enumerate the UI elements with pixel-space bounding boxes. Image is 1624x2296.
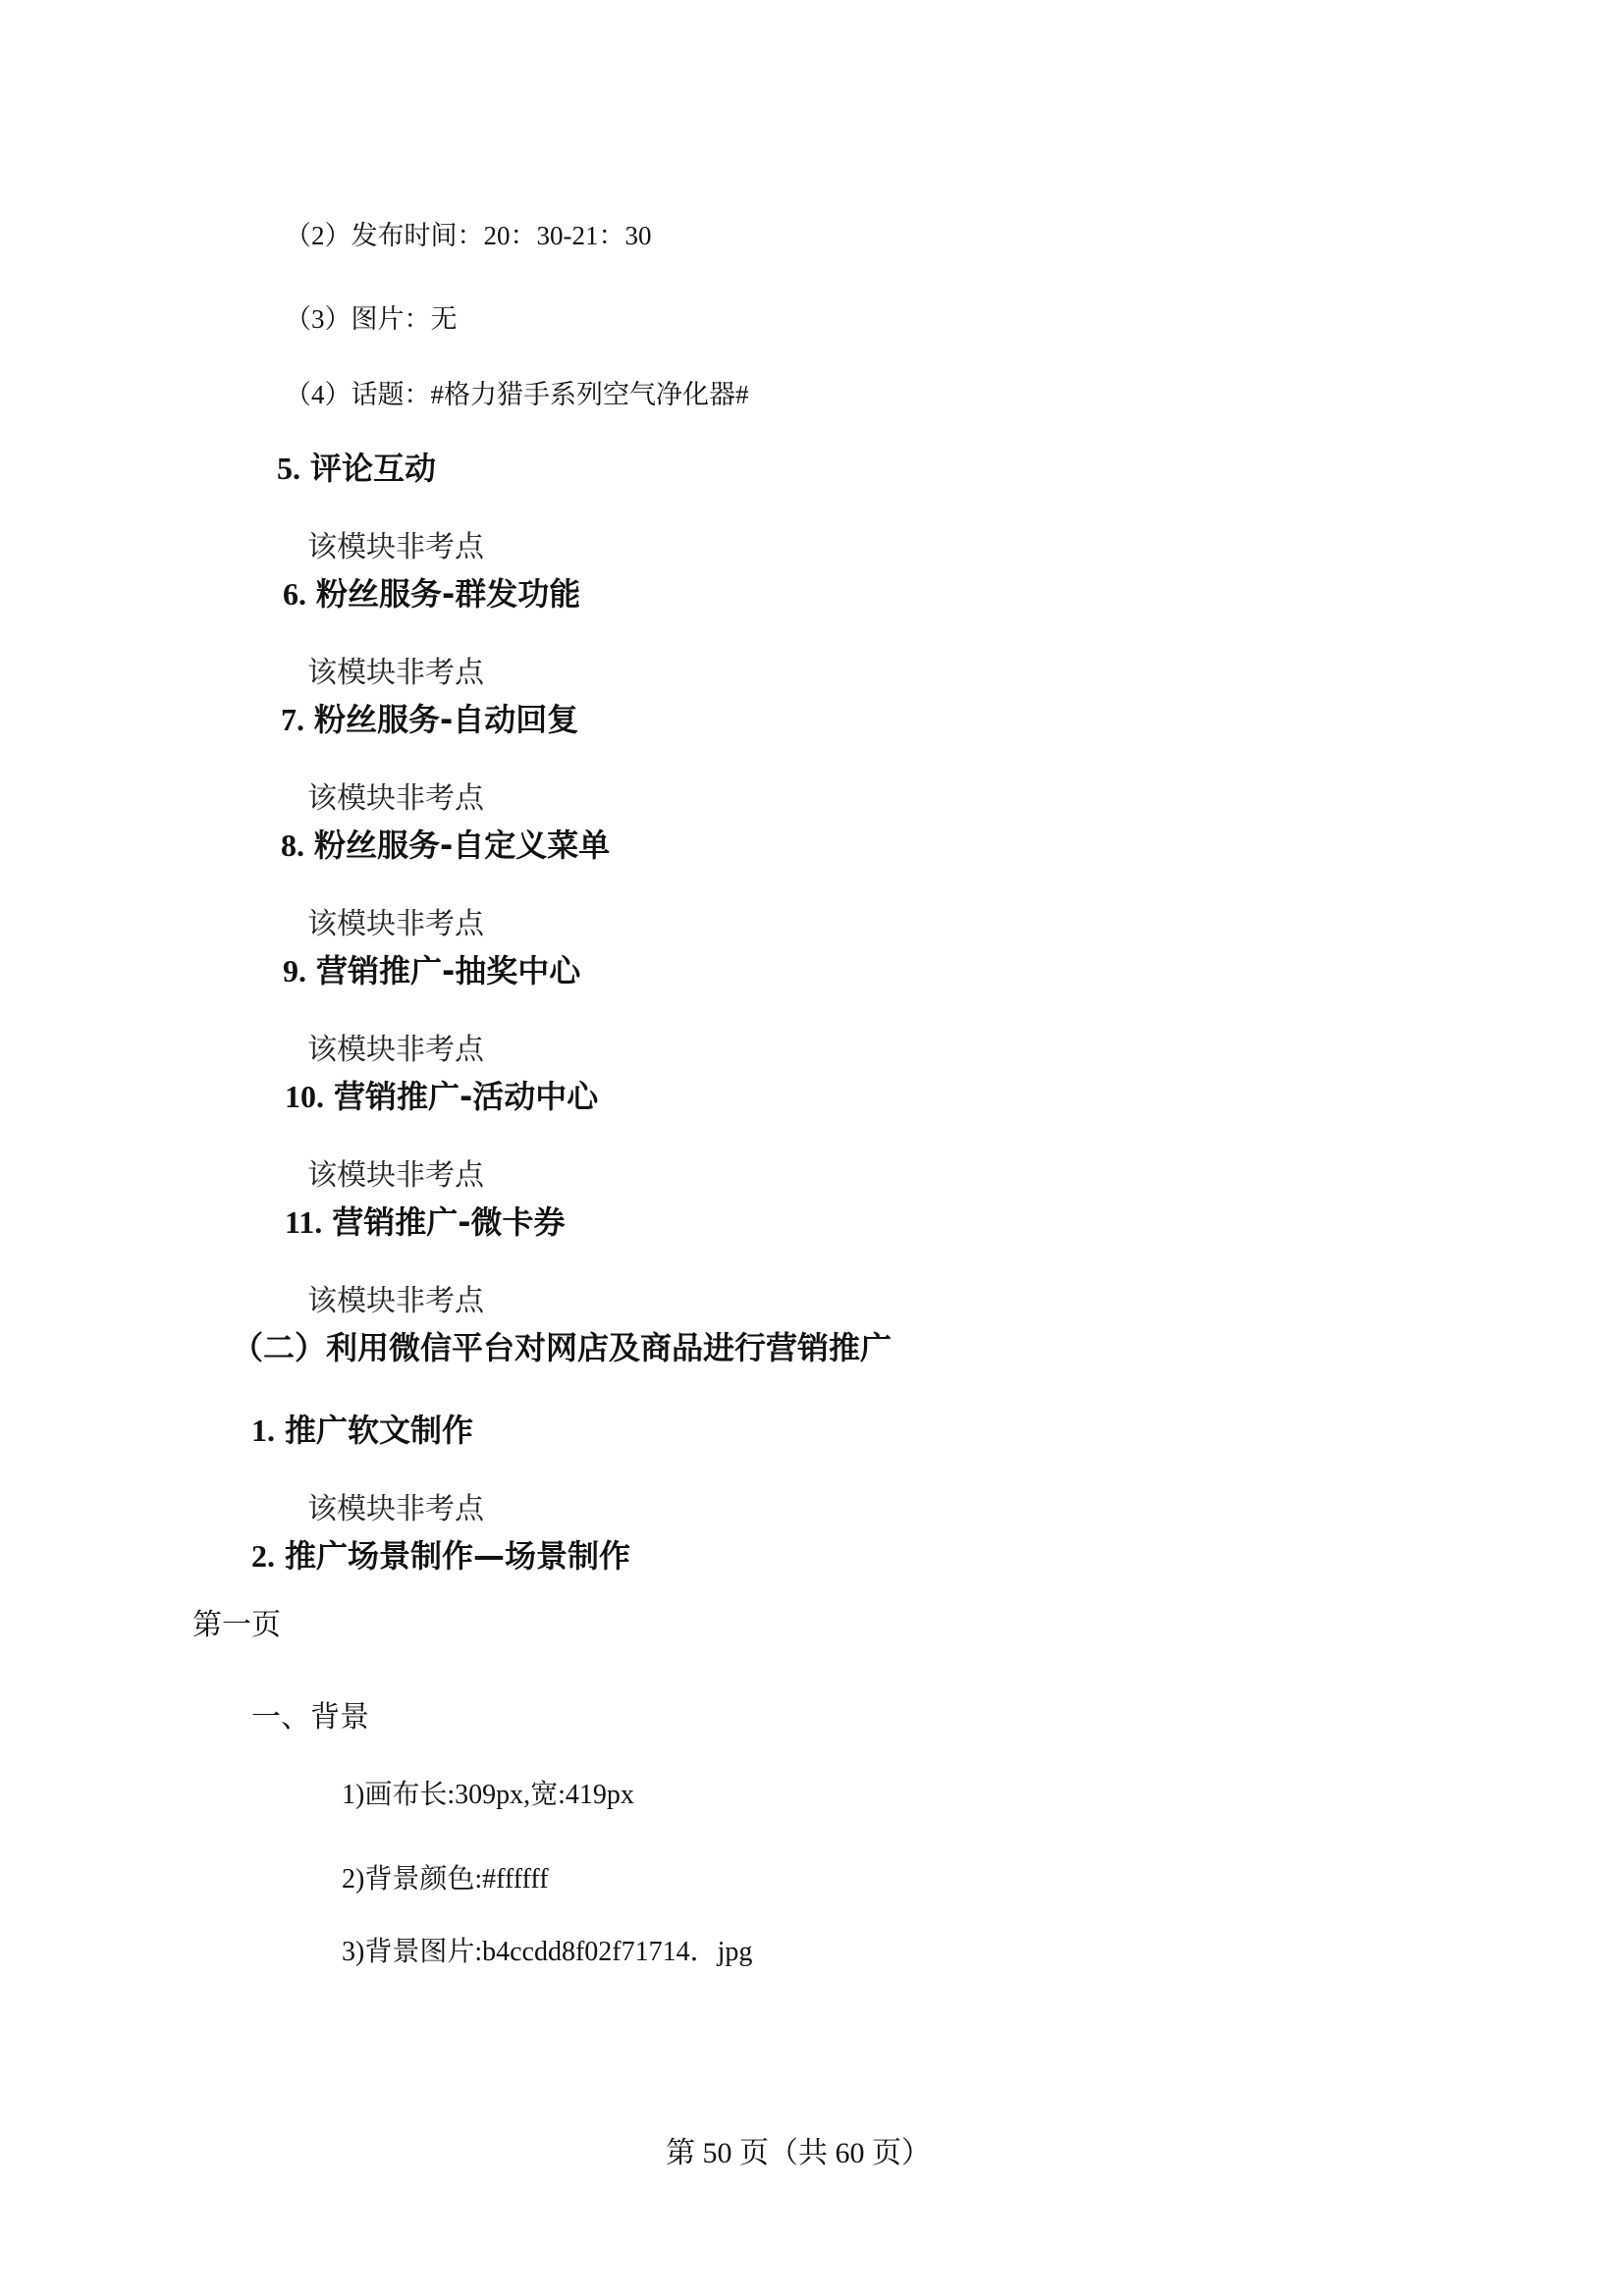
module-title: 粉丝服务-群发功能 (316, 575, 580, 613)
section-heading: （二）利用微信平台对网店及商品进行营销推广 (232, 1323, 892, 1368)
module-note: 该模块非考点 (307, 1025, 484, 1068)
module-title: 营销推广-活动中心 (334, 1078, 598, 1115)
module-number: 8. (281, 828, 304, 863)
module-note: 该模块非考点 (307, 1150, 484, 1194)
module-heading-11: 11.营销推广-微卡券 (285, 1198, 566, 1243)
module-title: 营销推广-微卡券 (332, 1203, 565, 1241)
module-number: 7. (281, 702, 304, 737)
background-item: 1)画布长:309px,宽:419px (342, 1773, 634, 1812)
module-heading-7: 7.粉丝服务-自动回复 (281, 695, 578, 740)
module-number: 6. (283, 576, 306, 612)
module-title: 评论互动 (310, 450, 436, 487)
module-number: 5. (277, 451, 300, 486)
module-heading-8: 8.粉丝服务-自定义菜单 (281, 821, 610, 866)
item-number: 2. (251, 1538, 275, 1574)
module-note: 该模块非考点 (307, 648, 484, 691)
section-item-heading-2: 2.推广场景制作—场景制作 (251, 1531, 630, 1576)
background-heading: 一、背景 (251, 1692, 369, 1735)
module-heading-5: 5.评论互动 (277, 444, 436, 489)
item-title: 推广软文制作 (285, 1412, 473, 1449)
page-footer: 第 50 页（共 60 页） (666, 2128, 931, 2171)
module-heading-6: 6.粉丝服务-群发功能 (283, 569, 580, 614)
module-title: 粉丝服务-自定义菜单 (314, 827, 610, 864)
module-note: 该模块非考点 (307, 1276, 484, 1319)
module-heading-10: 10.营销推广-活动中心 (285, 1072, 598, 1117)
module-note: 该模块非考点 (307, 774, 484, 817)
item-number: 1. (251, 1413, 275, 1448)
module-note: 该模块非考点 (307, 899, 484, 942)
post-image-detail: （3）图片：无 (285, 297, 458, 336)
module-title: 粉丝服务-自动回复 (314, 701, 578, 738)
module-note: 该模块非考点 (307, 522, 484, 565)
post-topic-detail: （4）话题：#格力猎手系列空气净化器# (285, 373, 749, 411)
section-item-heading-1: 1.推广软文制作 (251, 1406, 473, 1451)
module-number: 10. (285, 1079, 324, 1114)
page-label: 第一页 (192, 1600, 281, 1643)
post-time-detail: （2）发布时间：20：30-21：30 (285, 214, 652, 252)
module-heading-9: 9.营销推广-抽奖中心 (283, 946, 580, 991)
background-item: 3)背景图片:b4ccdd8f02f71714．jpg (342, 1930, 752, 1969)
item-title: 推广场景制作—场景制作 (285, 1537, 630, 1575)
module-title: 营销推广-抽奖中心 (316, 952, 580, 989)
module-note: 该模块非考点 (307, 1484, 484, 1527)
background-item: 2)背景颜色:#ffffff (342, 1857, 549, 1896)
module-number: 9. (283, 953, 306, 988)
module-number: 11. (285, 1204, 322, 1240)
